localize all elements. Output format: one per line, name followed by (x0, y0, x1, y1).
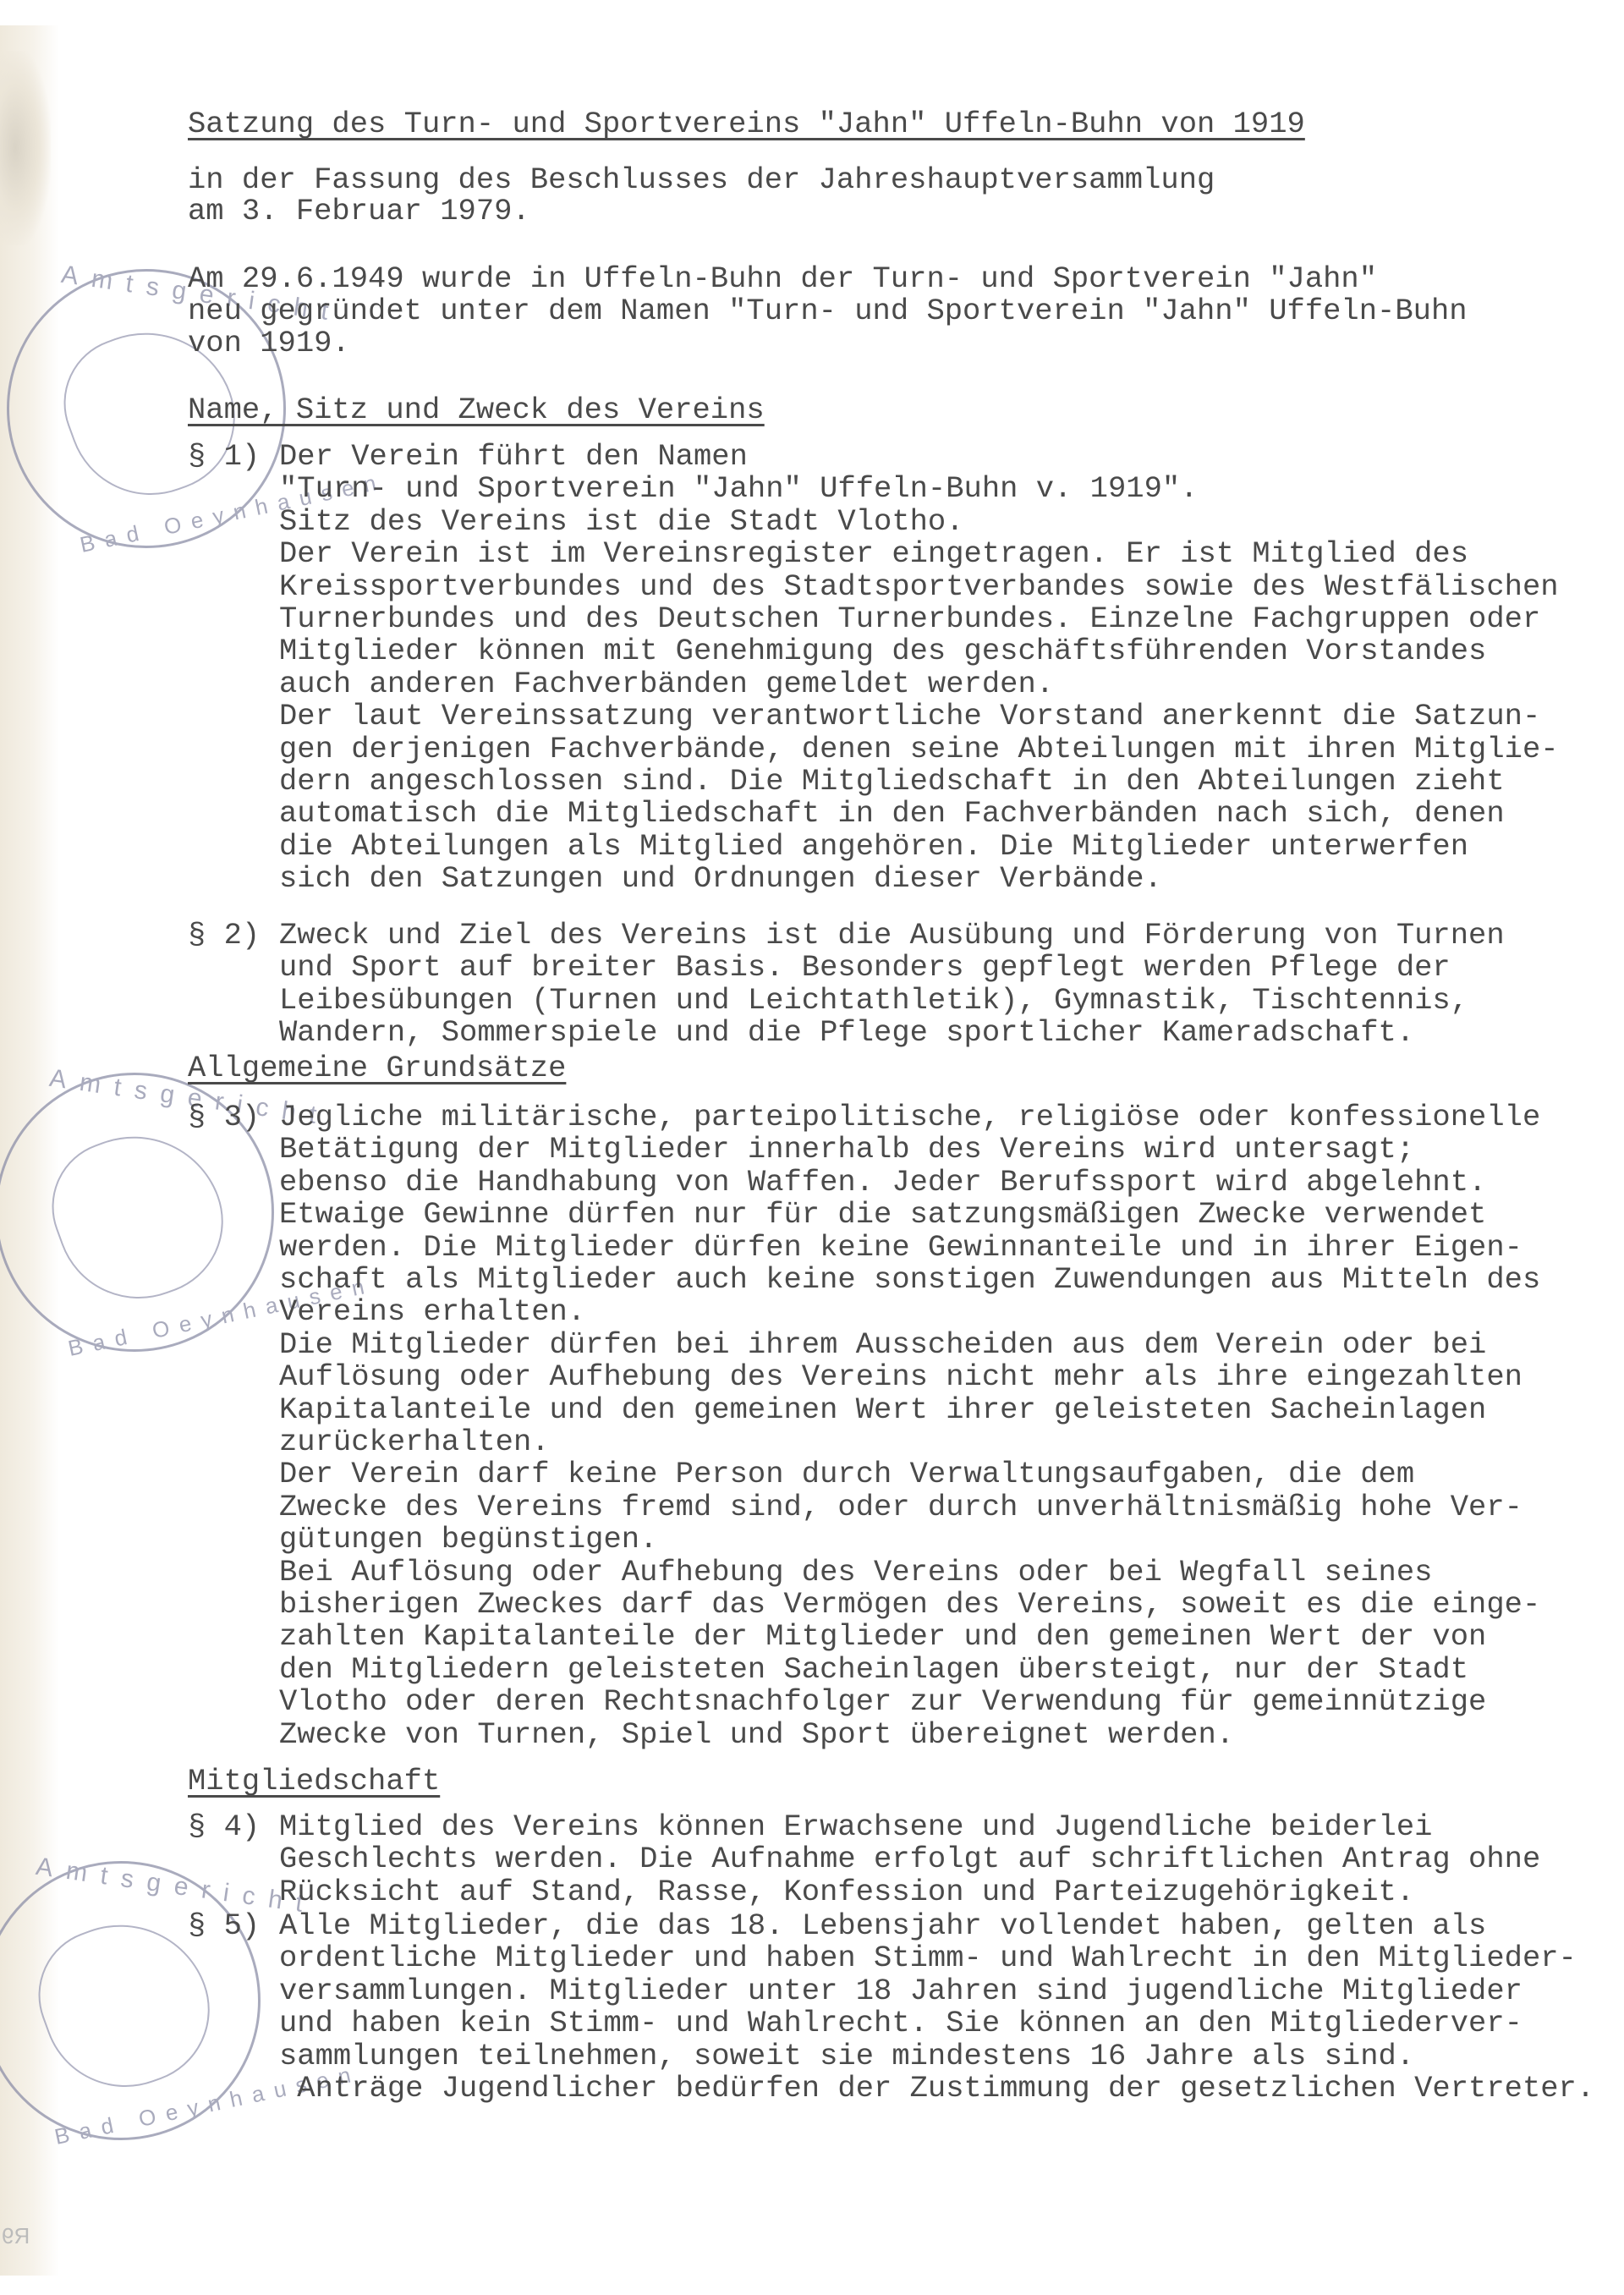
paragraph-line: zurückerhalten. (279, 1426, 550, 1458)
paragraph-line: "Turn- und Sportverein "Jahn" Uffeln-Buh… (279, 473, 1198, 505)
paragraph-line: und Sport auf breiter Basis. Besonders g… (279, 952, 1451, 984)
paragraph-line: Anträge Jugendlicher bedürfen der Zustim… (279, 2073, 1594, 2105)
paragraph-line: Mitglieder können mit Genehmigung des ge… (279, 635, 1486, 667)
paragraph-line: Turnerbundes und des Deutschen Turnerbun… (279, 603, 1540, 635)
paragraph-line: Betätigung der Mitglieder innerhalb des … (279, 1134, 1414, 1166)
paragraph-line: gütungen begünstigen. (279, 1524, 657, 1556)
paragraph-line: automatisch die Mitgliedschaft in den Fa… (279, 798, 1505, 830)
paragraph-line: bisherigen Zweckes darf das Vermögen des… (279, 1589, 1540, 1621)
paragraph-line: Jegliche militärische, parteipolitische,… (279, 1101, 1540, 1134)
paragraph-line: zahlten Kapitalanteile der Mitglieder un… (279, 1621, 1486, 1653)
section-heading: Name, Sitz und Zweck des Vereins (188, 394, 765, 426)
court-seal-stamp-3: Amtsgericht Bad Oeynhausen (0, 1861, 261, 2140)
stamp-top-text: Amtsgericht (34, 1853, 318, 1920)
paragraph-line: die Abteilungen als Mitglied angehören. … (279, 831, 1468, 863)
paragraph-line: Etwaige Gewinne dürfen nur für die satzu… (279, 1199, 1486, 1231)
paragraph-line: Mitglied des Vereins können Erwachsene u… (279, 1811, 1432, 1843)
paragraph-line: ebenso die Handhabung von Waffen. Jeder … (279, 1167, 1486, 1199)
paragraph-line: ordentliche Mitglieder und haben Stimm- … (279, 1942, 1577, 1974)
paragraph-number: § 5) (188, 1910, 260, 1942)
subtitle-line: am 3. Februar 1979. (188, 195, 530, 228)
paragraph-line: Vereins erhalten. (279, 1296, 585, 1328)
paragraph-line: Bei Auflösung oder Aufhebung des Vereins… (279, 1557, 1432, 1589)
paragraph-line: Der Verein führt den Namen (279, 441, 748, 473)
paragraph-line: gen derjenigen Fachverbände, denen seine… (279, 733, 1559, 766)
paragraph-line: Auflösung oder Aufhebung des Vereins nic… (279, 1361, 1522, 1393)
paragraph-line: und haben kein Stimm- und Wahlrecht. Sie… (279, 2007, 1522, 2040)
paragraph-line: Zweck und Ziel des Vereins ist die Ausüb… (279, 920, 1505, 952)
edge-mark: R9 (2, 2223, 30, 2249)
section-heading: Mitgliedschaft (188, 1765, 440, 1798)
paragraph-line: Alle Mitglieder, die das 18. Lebensjahr … (279, 1910, 1486, 1942)
document-title: Satzung des Turn- und Sportvereins "Jahn… (188, 108, 1305, 140)
paragraph-number: § 2) (188, 920, 260, 952)
paragraph-number: § 1) (188, 441, 260, 473)
paragraph-line: dern angeschlossen sind. Die Mitgliedsch… (279, 766, 1505, 798)
paragraph-line: versammlungen. Mitglieder unter 18 Jahre… (279, 1975, 1522, 2007)
paragraph-line: Der Verein ist im Vereinsregister einget… (279, 538, 1468, 570)
preamble-line: Am 29.6.1949 wurde in Uffeln-Buhn der Tu… (188, 263, 1377, 295)
paragraph-line: Kreissportverbundes und des Stadtsportve… (279, 571, 1559, 603)
paragraph-line: den Mitgliedern geleisteten Sacheinlagen… (279, 1654, 1468, 1686)
paragraph-line: sich den Satzungen und Ordnungen dieser … (279, 863, 1162, 895)
paragraph-line: Geschlechts werden. Die Aufnahme erfolgt… (279, 1843, 1540, 1875)
paragraph-line: werden. Die Mitglieder dürfen keine Gewi… (279, 1232, 1522, 1264)
paragraph-line: Rücksicht auf Stand, Rasse, Konfession u… (279, 1876, 1414, 1908)
paper-edge-mark (0, 51, 51, 245)
paragraph-line: Sitz des Vereins ist die Stadt Vlotho. (279, 506, 964, 538)
paragraph-line: Zwecke des Vereins fremd sind, oder durc… (279, 1491, 1522, 1524)
paragraph-line: Zwecke von Turnen, Spiel und Sport übere… (279, 1719, 1234, 1751)
paragraph-line: Der laut Vereinssatzung verantwortliche … (279, 700, 1540, 733)
subtitle-line: in der Fassung des Beschlusses der Jahre… (188, 164, 1215, 196)
paragraph-line: auch anderen Fachverbänden gemeldet werd… (279, 668, 1054, 700)
preamble-line: von 1919. (188, 327, 350, 360)
paragraph-line: schaft als Mitglieder auch keine sonstig… (279, 1264, 1540, 1296)
preamble-line: neu gegründet unter dem Namen "Turn- und… (188, 295, 1468, 327)
paragraph-line: Wandern, Sommerspiele und die Pflege spo… (279, 1017, 1414, 1049)
paragraph-line: Die Mitglieder dürfen bei ihrem Ausschei… (279, 1329, 1486, 1361)
paragraph-line: Der Verein darf keine Person durch Verwa… (279, 1458, 1414, 1491)
paragraph-number: § 3) (188, 1101, 260, 1134)
paragraph-line: Kapitalanteile und den gemeinen Wert ihr… (279, 1394, 1486, 1426)
paragraph-line: sammlungen teilnehmen, soweit sie mindes… (279, 2040, 1414, 2073)
paragraph-line: Vlotho oder deren Rechtsnachfolger zur V… (279, 1686, 1486, 1718)
paragraph-number: § 4) (188, 1811, 260, 1843)
paragraph-line: Leibesübungen (Turnen und Leichtathletik… (279, 985, 1468, 1017)
section-heading: Allgemeine Grundsätze (188, 1052, 566, 1084)
coat-of-arms-icon (34, 1112, 244, 1322)
